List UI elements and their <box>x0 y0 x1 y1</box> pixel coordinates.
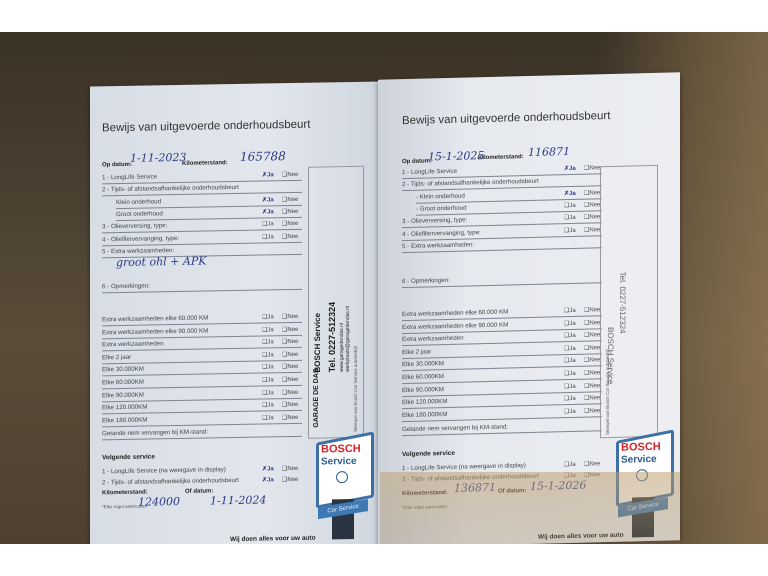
checkbox-ja[interactable]: ❑Ja <box>262 402 274 409</box>
checkbox-ja[interactable]: ❑Ja <box>262 233 274 240</box>
checkbox-ja[interactable]: ❑Ja <box>262 364 274 371</box>
checkbox-nee[interactable]: ❑Nee <box>584 369 600 376</box>
stamp-caption: Stempel van Bosch Car Service autobedrij… <box>353 346 358 432</box>
checkbox-nee[interactable]: ❑Nee <box>584 382 600 389</box>
bosch-service-logo: BOSCH Service Car Service <box>316 437 368 538</box>
checkbox-nee[interactable]: ❑Nee <box>282 338 298 345</box>
dealer-stamp-box: BOSCH Service Tel. 0227-512324 GARAGE DE… <box>308 166 364 439</box>
checkbox-ja[interactable]: ✗Ja <box>564 189 576 196</box>
checkbox-nee[interactable]: ❑Nee <box>584 357 600 364</box>
bosch-emblem-icon <box>636 469 648 481</box>
next-service-title: Volgende service <box>102 453 155 461</box>
stamp-brand: BOSCH Service <box>313 313 322 373</box>
logo-brand: BOSCH <box>321 443 361 456</box>
stamp-phone: Tel. 0227-512324 <box>327 302 337 373</box>
checkbox-nee[interactable]: ❑Nee <box>584 213 600 220</box>
checkbox-nee[interactable]: ❑Nee <box>584 306 600 313</box>
right-page: Bewijs van uitgevoerde onderhoudsbeurt O… <box>378 72 680 544</box>
checkbox-ja[interactable]: ❑Ja <box>564 319 576 326</box>
checkbox-ja[interactable]: ❑Ja <box>262 376 274 383</box>
belt-label: Getande riem vervangen bij KM-stand: <box>402 419 602 436</box>
checkbox-nee[interactable]: ❑Nee <box>584 344 600 351</box>
dealer-stamp-box: Stempel van Bosch Car Service autobedrij… <box>600 165 658 438</box>
checkbox-ja[interactable]: ❑Ja <box>564 202 576 209</box>
km-value: 116871 <box>528 145 570 159</box>
belt-label: Getande riem vervangen bij KM-stand: <box>102 425 302 440</box>
checkbox-nee[interactable]: ❑Nee <box>584 189 600 196</box>
logo-service: Service <box>321 456 357 468</box>
checkbox-ja[interactable]: ✗Ja <box>262 171 274 178</box>
checkbox-ja[interactable]: ❑Ja <box>262 414 274 421</box>
next-date-value: 1-11-2024 <box>210 493 266 507</box>
checkbox-ja[interactable]: ❑Ja <box>564 226 576 233</box>
checkbox-nee[interactable]: ❑Nee <box>282 326 298 333</box>
checkbox-ja[interactable]: ❑Ja <box>262 221 274 228</box>
checkbox-ja[interactable]: ✗Ja <box>262 196 274 203</box>
remarks-label: 6 - Opmerkingen: <box>102 278 302 293</box>
footnote: *Elke regel aankruisen <box>402 504 447 510</box>
checkbox-ja[interactable]: ❑Ja <box>262 326 274 333</box>
logo-plate: Car Service <box>618 497 668 517</box>
checkbox-nee[interactable]: ❑Nee <box>584 460 600 467</box>
checkbox-nee[interactable]: ❑Nee <box>282 208 298 215</box>
checkbox-nee[interactable]: ❑Nee <box>282 414 298 421</box>
checkbox-ja[interactable]: ❑Ja <box>564 395 576 402</box>
photo-background: Bewijs van uitgevoerde onderhoudsbeurt O… <box>0 32 768 544</box>
checkbox-nee[interactable]: ❑Nee <box>584 164 600 171</box>
stamp-email: werkplaats@garagedendas.nl <box>345 306 351 372</box>
checkbox-nee[interactable]: ❑Nee <box>282 313 298 320</box>
checkbox-nee[interactable]: ❑Nee <box>584 394 600 401</box>
checkbox-ja[interactable]: ❑Ja <box>564 408 576 415</box>
checkbox-ja[interactable]: ❑Ja <box>564 332 576 339</box>
checkbox-ja[interactable]: ❑Ja <box>564 357 576 364</box>
next-km-label: Kilometerstand: <box>402 490 448 497</box>
checkbox-ja[interactable]: ❑Ja <box>564 307 576 314</box>
next-item: 2 - Tijds- of afstandsafhankelijke onder… <box>402 469 602 485</box>
checkbox-nee[interactable]: ❑Nee <box>282 232 298 239</box>
checkbox-ja[interactable]: ❑Ja <box>564 345 576 352</box>
checkbox-nee[interactable]: ❑Nee <box>584 331 600 338</box>
next-km-value: 124000 <box>138 495 180 509</box>
checkbox-nee[interactable]: ❑Nee <box>584 319 600 326</box>
checkbox-ja[interactable]: ✗Ja <box>564 165 576 172</box>
date-value: 15-1-2025 <box>428 149 484 163</box>
next-km-value: 136871 <box>454 481 496 495</box>
checkbox-ja[interactable]: ❑Ja <box>564 370 576 377</box>
next-date-label: Of datum: <box>498 488 526 495</box>
checkbox-nee[interactable]: ❑Nee <box>584 471 600 478</box>
checkbox-nee[interactable]: ❑Nee <box>282 363 298 370</box>
next-service-title: Volgende service <box>402 450 455 458</box>
checkbox-ja[interactable]: ❑Ja <box>564 214 576 221</box>
checkbox-nee[interactable]: ❑Nee <box>282 220 298 227</box>
logo-service: Service <box>621 454 657 466</box>
checkbox-nee[interactable]: ❑Nee <box>282 476 298 483</box>
checkbox-nee[interactable]: ❑Nee <box>282 465 298 472</box>
remarks-label: 6 - Opmerkingen: <box>402 271 602 288</box>
left-page: Bewijs van uitgevoerde onderhoudsbeurt O… <box>90 81 382 544</box>
checkbox-ja[interactable]: ✗Ja <box>262 465 274 472</box>
slogan: Wij doen alles voor uw auto <box>538 532 624 541</box>
checkbox-ja[interactable]: ❑Ja <box>262 313 274 320</box>
next-date-value: 15-1-2026 <box>530 479 586 493</box>
checkbox-nee[interactable]: ❑Nee <box>282 389 298 396</box>
checkbox-ja[interactable]: ❑Ja <box>262 351 274 358</box>
checkbox-ja[interactable]: ✗Ja <box>262 208 274 215</box>
date-value: 1-11-2023 <box>130 151 186 165</box>
checkbox-nee[interactable]: ❑Nee <box>282 171 298 178</box>
checkbox-nee[interactable]: ❑Nee <box>282 196 298 203</box>
checkbox-ja[interactable]: ✗Ja <box>262 476 274 483</box>
page-title: Bewijs van uitgevoerde onderhoudsbeurt <box>102 119 310 135</box>
checkbox-ja[interactable]: ❑Ja <box>262 389 274 396</box>
checkbox-nee[interactable]: ❑Nee <box>282 351 298 358</box>
checkbox-ja[interactable]: ❑Ja <box>262 339 274 346</box>
bosch-service-logo: BOSCH Service Car Service <box>616 435 668 536</box>
extra-work-handwritten: groot ohl + APK <box>116 255 206 270</box>
slogan: Wij doen alles voor uw auto <box>230 535 316 543</box>
km-value: 165788 <box>240 149 286 164</box>
checkbox-ja[interactable]: ❑Ja <box>564 472 576 479</box>
checkbox-nee[interactable]: ❑Nee <box>584 226 600 233</box>
checkbox-ja[interactable]: ❑Ja <box>564 382 576 389</box>
checkbox-nee[interactable]: ❑Nee <box>584 201 600 208</box>
stamp-brand: BOSCH Service <box>606 327 615 385</box>
logo-brand: BOSCH <box>621 441 661 454</box>
checkbox-nee[interactable]: ❑Nee <box>282 401 298 408</box>
stamp-phone: Tel. 0227-512324 <box>618 272 627 334</box>
km-label: Kilometerstand: <box>478 154 524 161</box>
stamp-garage-name: GARAGE DE DAS <box>313 368 320 427</box>
page-title: Bewijs van uitgevoerde onderhoudsbeurt <box>402 110 610 127</box>
checkbox-nee[interactable]: ❑Nee <box>282 376 298 383</box>
checkbox-nee[interactable]: ❑Nee <box>584 407 600 414</box>
checkbox-ja[interactable]: ❑Ja <box>564 461 576 468</box>
